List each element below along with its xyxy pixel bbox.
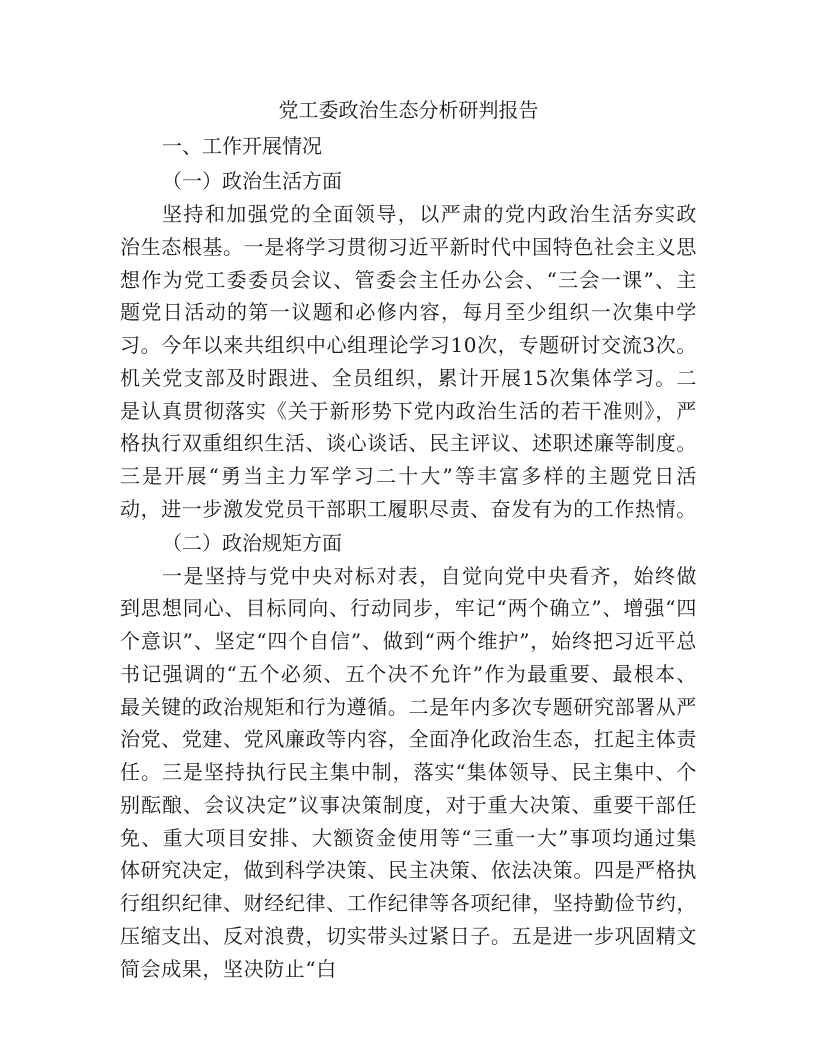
document-page: 党工委政治生态分析研判报告 一、工作开展情况 （一）政治生活方面 坚持和加强党的…	[120, 92, 697, 985]
document-title: 党工委政治生态分析研判报告	[120, 92, 697, 128]
body-paragraph: 一是坚持与党中央对标对表，自觉向党中央看齐，始终做到思想同心、目标同向、行动同步…	[120, 560, 697, 986]
body-paragraph: 坚持和加强党的全面领导，以严肃的党内政治生活夯实政治生态根基。一是将学习贯彻习近…	[120, 198, 697, 526]
subsection-heading: （一）政治生活方面	[120, 164, 697, 198]
subsection-heading: （二）政治规矩方面	[120, 526, 697, 560]
section-heading: 一、工作开展情况	[120, 128, 697, 164]
